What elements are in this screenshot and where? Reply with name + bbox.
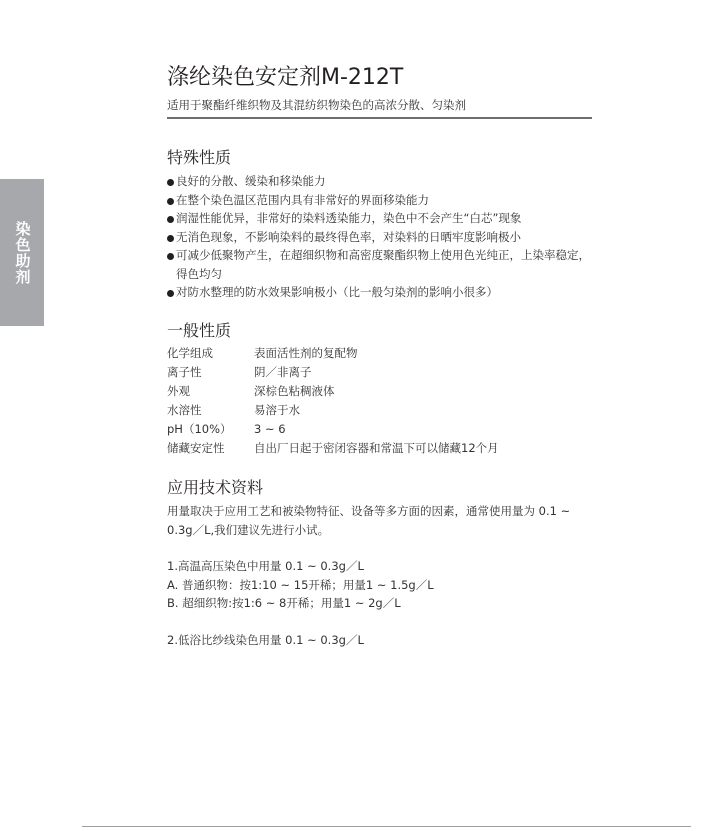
side-category-tab: 染色助剂 [0, 179, 44, 326]
special-properties-heading: 特殊性质 [167, 147, 231, 169]
bullet-icon [167, 290, 174, 297]
table-row: 水溶性易溶于水 [167, 401, 499, 420]
title-divider [167, 117, 592, 119]
list-item: 在整个染色温区范围内具有非常好的界面移染能力 [167, 191, 597, 210]
product-subtitle: 适用于聚酯纤维织物及其混纺织物染色的高浓分散、匀染剂 [167, 97, 466, 113]
list-item: 对防水整理的防水效果影响极小（比一般匀染剂的影响小很多） [167, 283, 597, 302]
bullet-icon [167, 253, 174, 260]
application-item-1b: B. 超细织物:按1:6 ~ 8开稀；用量1 ~ 2g／L [167, 594, 401, 613]
list-item: 良好的分散、缓染和移染能力 [167, 172, 597, 191]
table-row: 化学组成表面活性剂的复配物 [167, 344, 499, 363]
footer-divider [82, 826, 691, 827]
general-properties-heading: 一般性质 [167, 320, 231, 342]
list-item: 可减少低聚物产生，在超细织物和高密度聚酯织物上使用色光纯正，上染率稳定，得色均匀 [167, 246, 597, 283]
table-row: 储藏安定性自出厂日起于密闭容器和常温下可以储藏12个月 [167, 439, 499, 458]
application-intro-line2: 0.3g／L,我们建议先进行小试。 [167, 521, 329, 540]
side-category-label: 染色助剂 [15, 221, 30, 285]
application-item-2: 2.低浴比纱线染色用量 0.1 ~ 0.3g／L [167, 631, 364, 650]
special-properties-list: 良好的分散、缓染和移染能力 在整个染色温区范围内具有非常好的界面移染能力 润湿性… [167, 172, 597, 302]
application-item-1a: A. 普通织物：按1:10 ~ 15开稀；用量1 ~ 1.5g／L [167, 576, 434, 595]
table-row: 离子性阴／非离子 [167, 363, 499, 382]
list-item: 润湿性能优异，非常好的染料透染能力，染色中不会产生“白芯”现象 [167, 209, 597, 228]
application-heading: 应用技术资料 [167, 477, 263, 499]
bullet-icon [167, 216, 174, 223]
application-intro-line1: 用量取决于应用工艺和被染物特征、设备等多方面的因素，通常使用量为 0.1 ~ [167, 502, 570, 521]
list-item: 无消色现象，不影响染料的最终得色率，对染料的日晒牢度影响极小 [167, 228, 597, 247]
bullet-icon [167, 235, 174, 242]
bullet-icon [167, 179, 174, 186]
general-properties-table: 化学组成表面活性剂的复配物 离子性阴／非离子 外观深棕色粘稠液体 水溶性易溶于水… [167, 344, 499, 458]
application-item-1: 1.高温高压染色中用量 0.1 ~ 0.3g／L [167, 557, 364, 576]
bullet-icon [167, 198, 174, 205]
table-row: 外观深棕色粘稠液体 [167, 382, 499, 401]
table-row: pH（10%） 3 ~ 6 [167, 420, 499, 439]
product-title: 涤纶染色安定剂M-212T [167, 64, 403, 92]
